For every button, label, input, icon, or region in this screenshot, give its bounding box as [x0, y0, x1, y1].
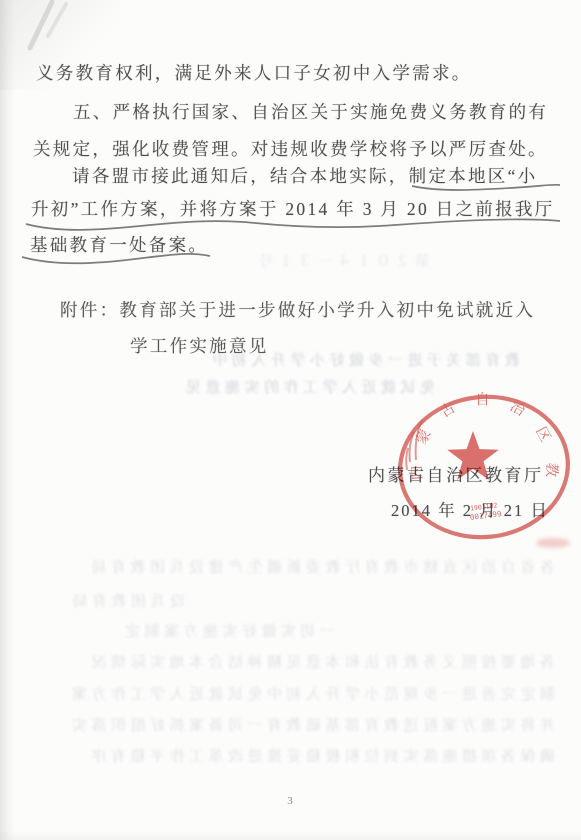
- bleed-through-line: 并将实施方案报送教育部基础教育一司备案抓好组织落实: [35, 714, 555, 735]
- red-ink-smudge: [536, 538, 570, 548]
- page-number: 3: [0, 795, 581, 807]
- scan-edge-shadow-left: [0, 0, 16, 840]
- bleed-through-line: 制定完善进一步规范小学升入初中免试就近入学工作方案: [35, 683, 555, 704]
- bleed-through-line: 各地要按照义务教育法和本意见精神结合本地实际情况: [35, 651, 555, 672]
- attachment-line-1: 附件：教育部关于进一步做好小学升入初中免试就近入: [60, 297, 535, 322]
- body-line: 五、严格执行国家、自治区关于实施免费义务教育的有: [73, 99, 548, 124]
- bleed-through-line: 各省自治区直辖市教育厅教委新疆生产建设兵团教育局: [35, 556, 555, 577]
- body-line: 关规定，强化收费管理。对违规收费学校将予以严厉查处。: [33, 136, 548, 161]
- scanned-document-page: 义务教育权利，满足外来人口子女初中入学需求。 五、严格执行国家、自治区关于实施免…: [0, 0, 581, 840]
- body-line: 请各盟市接此通知后，结合本地实际，制定本地区“小: [72, 163, 537, 188]
- bleed-through-line: 一切实做好实施方案制定: [55, 620, 335, 641]
- bleed-through-line: 确保各项措施落实到位积极稳妥推进改革工作平稳有序: [35, 745, 555, 766]
- issue-date: 2014 年 2 月 21 日: [391, 497, 549, 521]
- body-line: 义务教育权利，满足外来人口子女初中入学需求。: [36, 60, 472, 85]
- bleed-through-line: 教育部关于进一步做好小学升入初中: [95, 349, 520, 370]
- scan-edge-shadow-bottom: [0, 830, 581, 840]
- bleed-through-line: 免试就近入学工作的实施意见: [115, 376, 435, 397]
- bleed-through-line: 第２０１４－３１号: [180, 250, 430, 271]
- bleed-through-line: 设兵团教育局: [35, 590, 185, 611]
- body-line: 升初”工作方案，并将方案于 2014 年 3 月 20 日之前报我厅: [31, 196, 554, 221]
- issuer-name: 内蒙古自治区教育厅: [368, 461, 544, 486]
